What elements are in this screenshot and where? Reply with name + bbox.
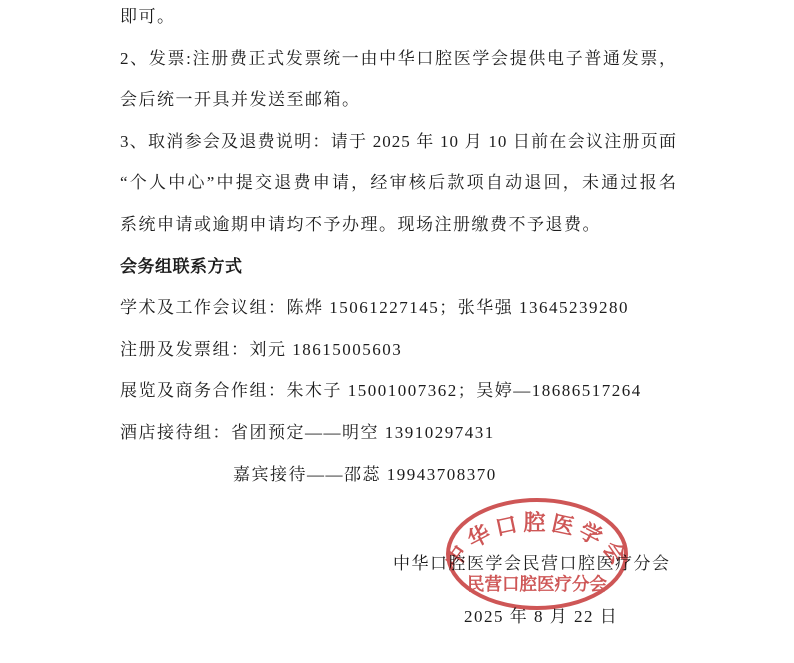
contact-line: 展览及商务合作组：朱木子 15001007362；吴婷—18686517264 (120, 370, 677, 412)
body-line: 会后统一开具并发送至邮箱。 (120, 79, 677, 121)
document-body: 即可。 2、发票:注册费正式发票统一由中华口腔医学会提供电子普通发票， 会后统一… (120, 0, 677, 495)
body-line: “个人中心”中提交退费申请，经审核后款项自动退回，未通过报名 (120, 162, 677, 204)
document-page: 即可。 2、发票:注册费正式发票统一由中华口腔医学会提供电子普通发票， 会后统一… (0, 0, 794, 663)
official-seal-stamp: 中华口腔医学会 民营口腔医疗分会 (437, 491, 637, 617)
body-line: 2、发票:注册费正式发票统一由中华口腔医学会提供电子普通发票， (120, 38, 677, 80)
contact-line: 学术及工作会议组：陈烨 15061227145；张华强 13645239280 (120, 287, 677, 329)
section-heading: 会务组联系方式 (120, 246, 677, 288)
contact-line: 酒店接待组：省团预定——明空 13910297431 (120, 412, 677, 454)
contact-line: 注册及发票组：刘元 18615005603 (120, 329, 677, 371)
contact-line: 嘉宾接待——邵蕊 19943708370 (120, 454, 677, 496)
seal-center-text: 民营口腔医疗分会 (467, 574, 607, 594)
body-line: 系统申请或逾期申请均不予办理。现场注册缴费不予退费。 (120, 204, 677, 246)
body-line: 3、取消参会及退费说明：请于 2025 年 10 月 10 日前在会议注册页面 (120, 121, 677, 163)
body-line: 即可。 (120, 0, 677, 38)
